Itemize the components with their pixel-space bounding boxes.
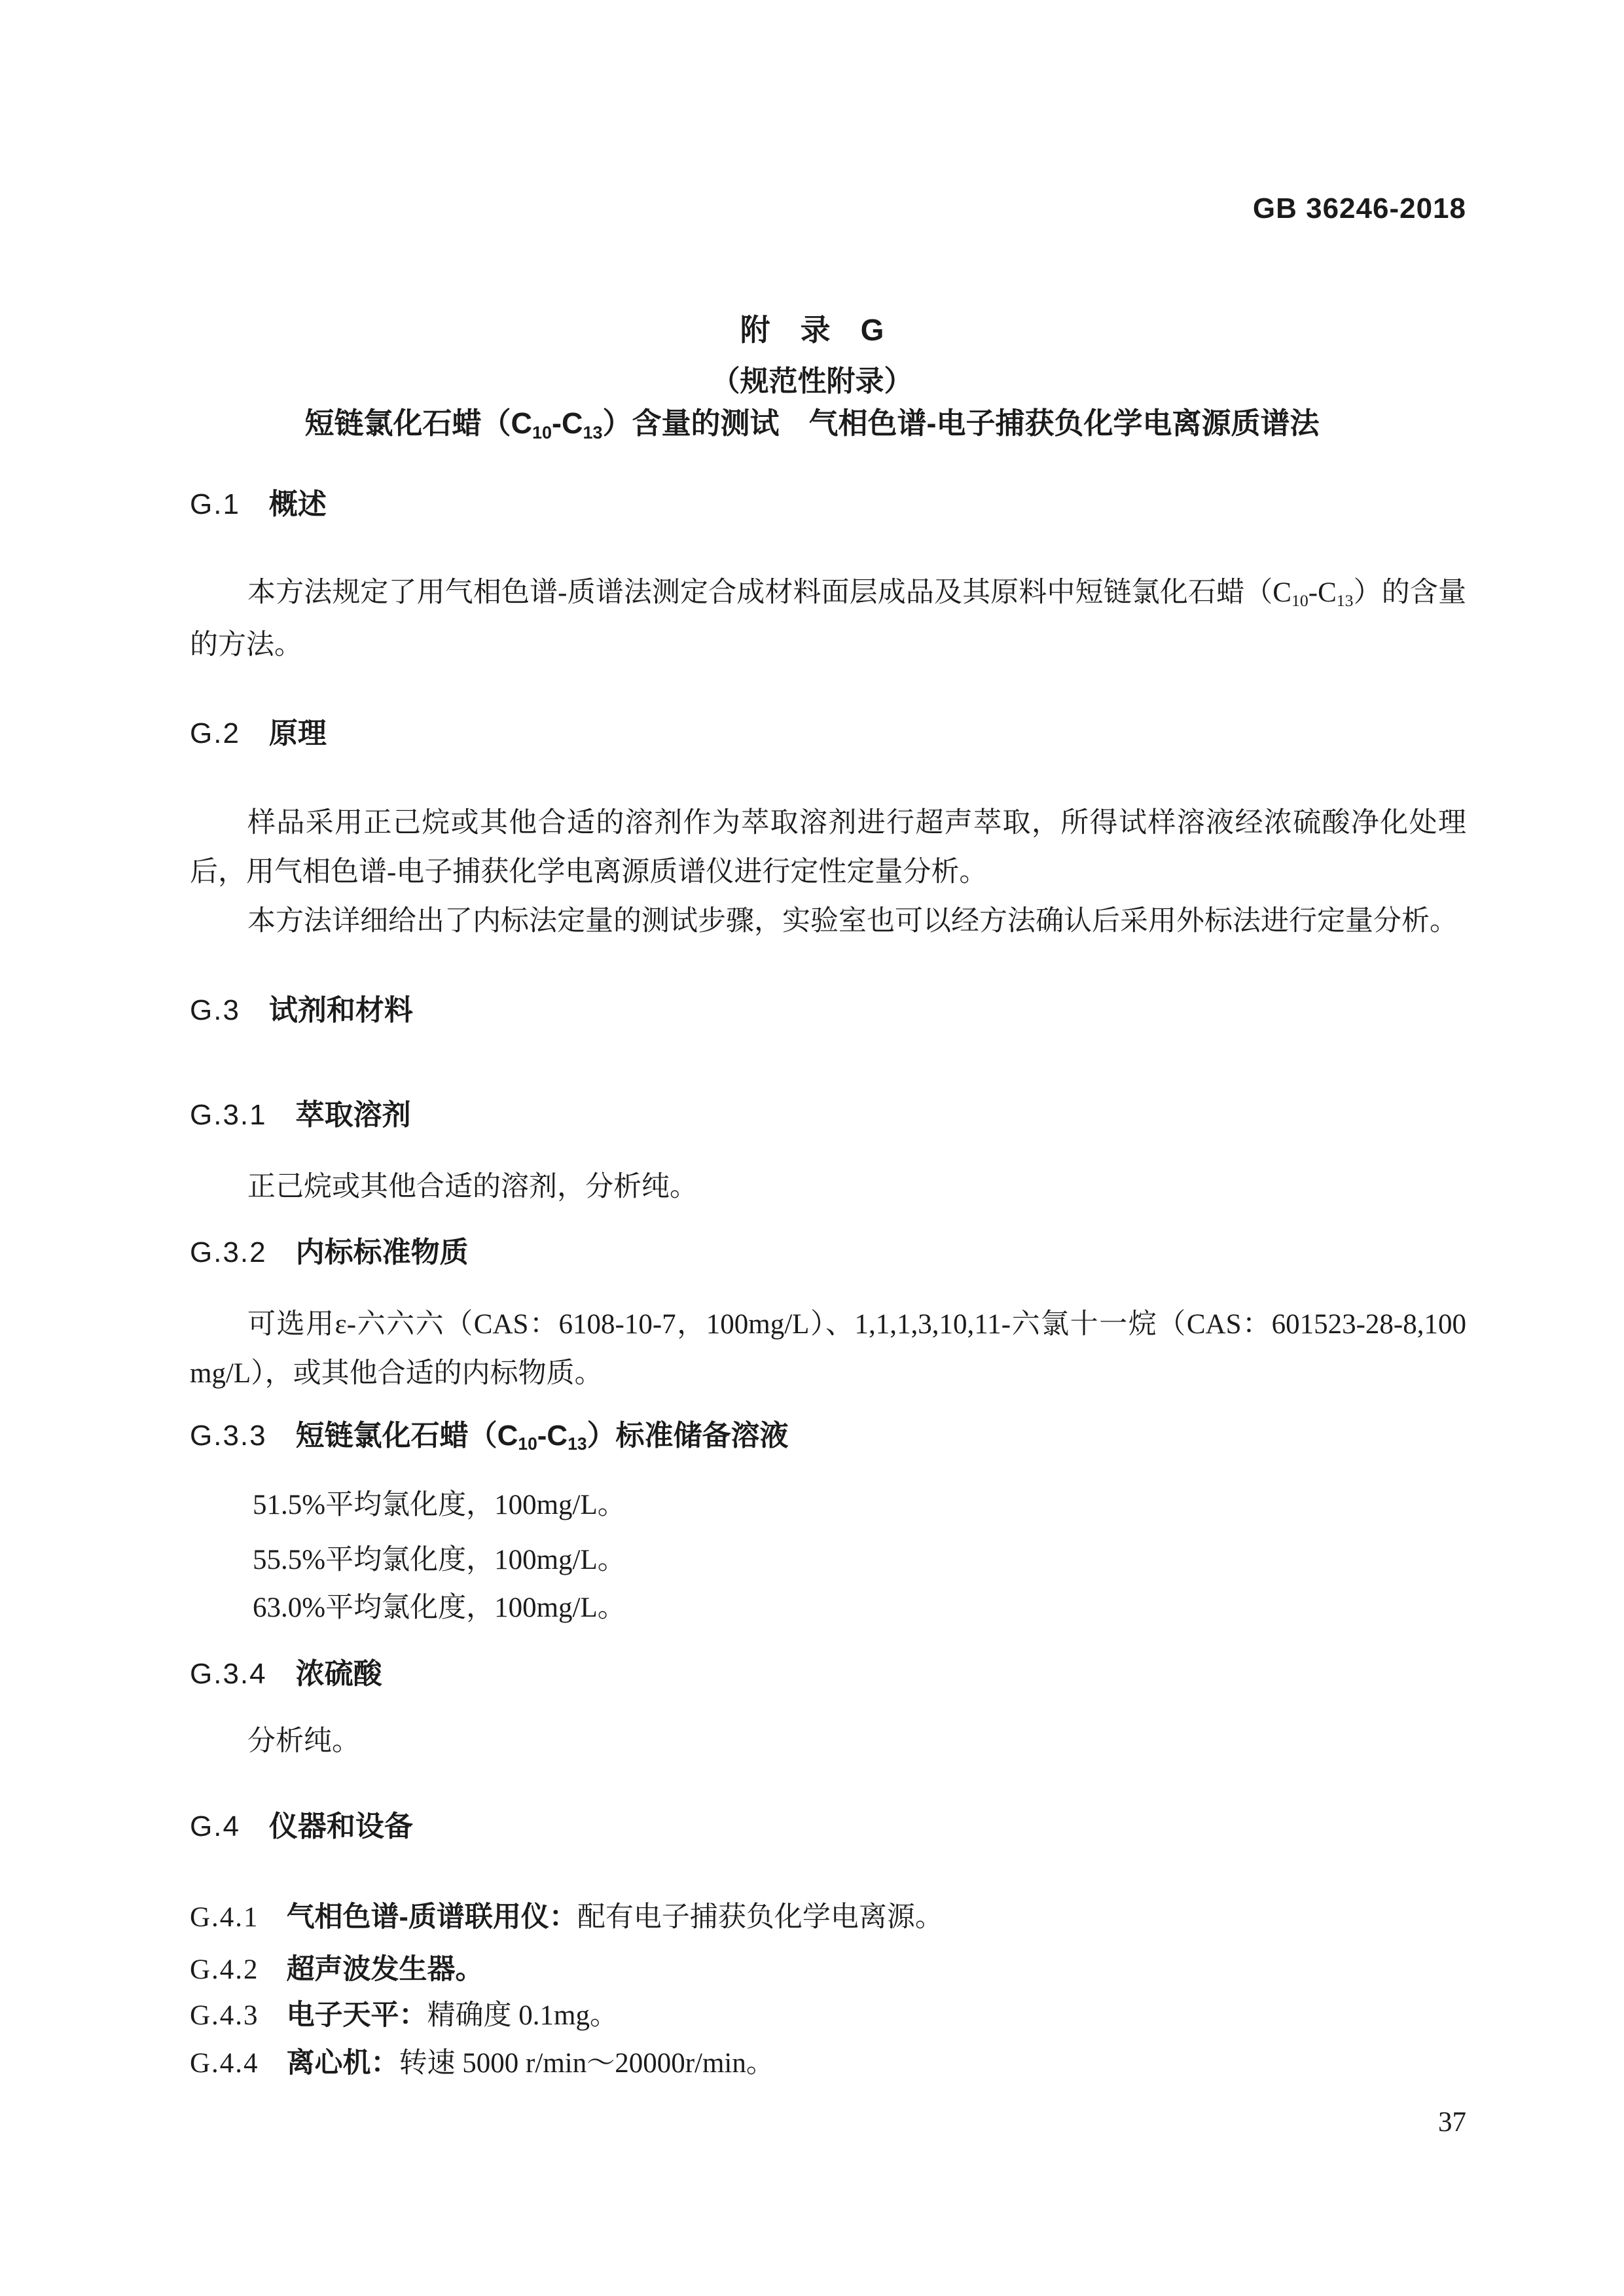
equipment-description: 转速 5000 r/min～20000r/min。 bbox=[399, 2048, 774, 2079]
clause-number: G.4.4 bbox=[190, 2048, 259, 2079]
subscript-text: 13 bbox=[583, 423, 602, 442]
appendix-normative-note: （规范性附录） bbox=[0, 357, 1624, 399]
clause-number: G.3 bbox=[190, 994, 240, 1026]
subscript-text: 13 bbox=[568, 1434, 586, 1454]
appendix-heading: 短链氯化石蜡（C10-C13）含量的测试 气相色谱-电子捕获负化学电离源质谱法 bbox=[0, 399, 1624, 442]
appendix-label: 附 录 G bbox=[0, 306, 1624, 350]
g34-paragraph: 分析纯。 bbox=[190, 1717, 1466, 1766]
section-g4-heading: G.4仪器和设备 bbox=[190, 1810, 1466, 1844]
g32-paragraph: 可选用ε-六六六（CAS：6108-10-7，100mg/L）、1,1,1,3,… bbox=[190, 1300, 1466, 1398]
equipment-title: 电子天平： bbox=[287, 2000, 427, 2031]
text-segment: 本方法规定了用气相色谱-质谱法测定合成材料面层成品及其原料中短链氯化石蜡（C bbox=[247, 577, 1291, 608]
text-segment: ）含量的测试 气相色谱-电子捕获负化学电离源质谱法 bbox=[603, 406, 1320, 440]
clause-number: G.3.2 bbox=[190, 1236, 267, 1268]
text-segment: -C bbox=[537, 1420, 568, 1452]
subscript-text: 10 bbox=[532, 423, 552, 442]
g4-item-2: G.4.2超声波发生器。 bbox=[190, 1952, 1466, 1987]
clause-number: G.3.1 bbox=[190, 1099, 267, 1131]
clause-number: G.3.3 bbox=[190, 1420, 267, 1452]
g4-item-4: G.4.4离心机：转速 5000 r/min～20000r/min。 bbox=[190, 2046, 1466, 2081]
document-page: GB 36246-2018 附 录 G （规范性附录） 短链氯化石蜡（C10-C… bbox=[0, 0, 1624, 2296]
clause-number: G.3.4 bbox=[190, 1658, 267, 1690]
g2-paragraph-2: 本方法详细给出了内标法定量的测试步骤，实验室也可以经方法确认后采用外标法进行定量… bbox=[190, 897, 1466, 946]
text-segment: 短链氯化石蜡（C bbox=[304, 406, 532, 440]
text-segment: -C bbox=[552, 406, 583, 440]
standard-code: GB 36246-2018 bbox=[190, 192, 1466, 225]
section-g32-heading: G.3.2内标标准物质 bbox=[190, 1236, 1466, 1270]
clause-title: 萃取溶剂 bbox=[296, 1099, 411, 1131]
clause-title: 仪器和设备 bbox=[269, 1810, 413, 1842]
equipment-description: 配有电子捕获负化学电离源。 bbox=[577, 1902, 943, 1933]
clause-title: 原理 bbox=[269, 717, 327, 749]
g33-item-2: 55.5%平均氯化度，100mg/L。 bbox=[190, 1536, 1529, 1585]
clause-title: 试剂和材料 bbox=[269, 994, 413, 1026]
page-number: 37 bbox=[190, 2106, 1466, 2138]
clause-number: G.4.3 bbox=[190, 2000, 259, 2031]
clause-number: G.1 bbox=[190, 488, 240, 520]
text-segment: -C bbox=[1308, 577, 1337, 608]
equipment-description: 精确度 0.1mg。 bbox=[427, 2000, 618, 2031]
text-segment: ）标准储备溶液 bbox=[587, 1420, 789, 1452]
clause-number: G.4.1 bbox=[190, 1902, 259, 1933]
clause-title: 浓硫酸 bbox=[296, 1658, 382, 1690]
subscript-text: 10 bbox=[518, 1434, 537, 1454]
g4-item-3: G.4.3电子天平：精确度 0.1mg。 bbox=[190, 1998, 1466, 2033]
equipment-title: 气相色谱-质谱联用仪： bbox=[287, 1901, 577, 1933]
clause-number: G.4 bbox=[190, 1810, 240, 1842]
g33-item-1: 51.5%平均氯化度，100mg/L。 bbox=[190, 1481, 1529, 1530]
section-g3-heading: G.3试剂和材料 bbox=[190, 994, 1466, 1028]
subscript-text: 13 bbox=[1337, 591, 1354, 610]
clause-number: G.4.2 bbox=[190, 1954, 259, 1985]
g2-paragraph-1: 样品采用正己烷或其他合适的溶剂作为萃取溶剂进行超声萃取，所得试样溶液经浓硫酸净化… bbox=[190, 798, 1466, 897]
clause-number: G.2 bbox=[190, 717, 240, 749]
section-g34-heading: G.3.4浓硫酸 bbox=[190, 1657, 1466, 1691]
g4-item-1: G.4.1气相色谱-质谱联用仪：配有电子捕获负化学电离源。 bbox=[190, 1900, 1466, 1935]
equipment-title: 离心机： bbox=[287, 2047, 399, 2079]
section-g33-heading: G.3.3短链氯化石蜡（C10-C13）标准储备溶液 bbox=[190, 1419, 1466, 1456]
g1-paragraph: 本方法规定了用气相色谱-质谱法测定合成材料面层成品及其原料中短链氯化石蜡（C10… bbox=[190, 568, 1466, 670]
clause-title: 概述 bbox=[269, 488, 327, 520]
section-g31-heading: G.3.1萃取溶剂 bbox=[190, 1098, 1466, 1132]
g31-paragraph: 正己烷或其他合适的溶剂，分析纯。 bbox=[190, 1162, 1466, 1211]
section-g1-heading: G.1概述 bbox=[190, 488, 1466, 522]
g33-item-3: 63.0%平均氯化度，100mg/L。 bbox=[190, 1584, 1529, 1632]
subscript-text: 10 bbox=[1291, 591, 1308, 610]
section-g2-heading: G.2原理 bbox=[190, 717, 1466, 751]
equipment-title: 超声波发生器。 bbox=[287, 1954, 484, 1985]
text-segment: 短链氯化石蜡（C bbox=[296, 1420, 518, 1452]
clause-title: 短链氯化石蜡（C10-C13）标准储备溶液 bbox=[296, 1420, 789, 1452]
clause-title: 内标标准物质 bbox=[296, 1236, 469, 1268]
